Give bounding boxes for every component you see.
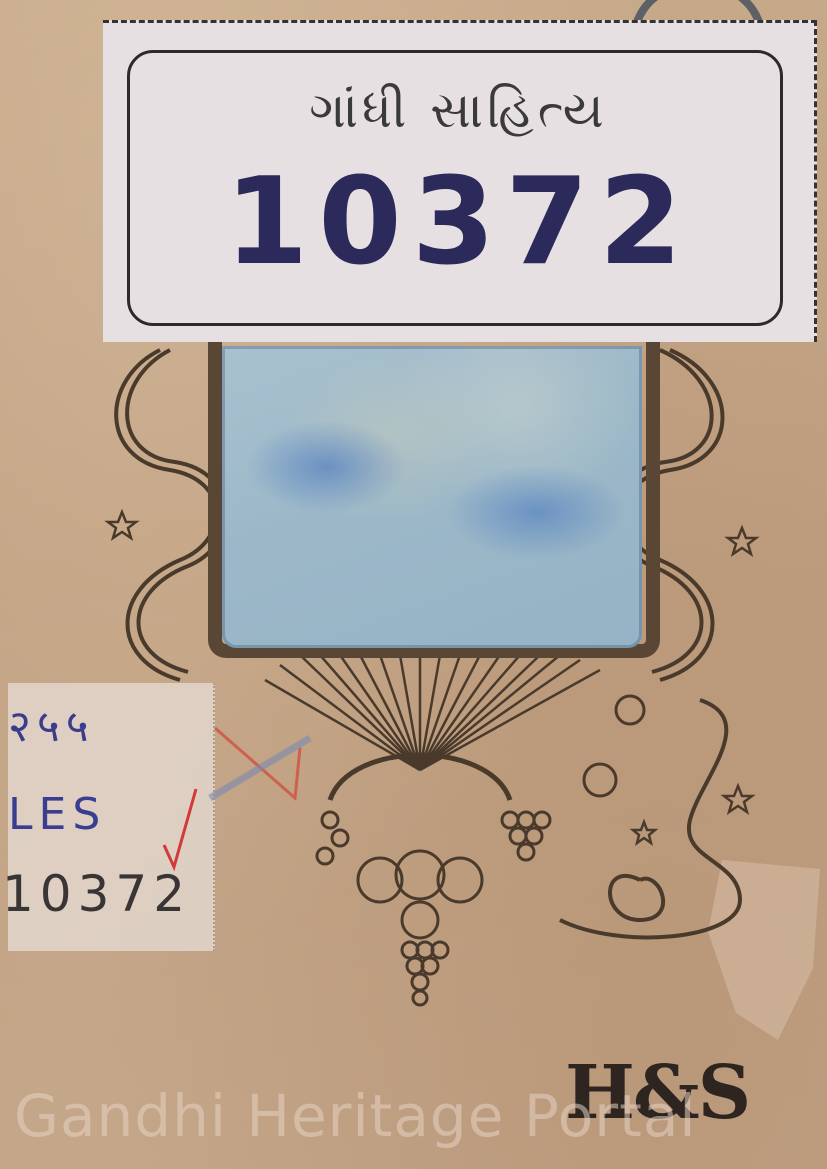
cross-mark-icon [205, 718, 315, 803]
check-icon [160, 785, 200, 875]
watermark: Gandhi Heritage Portal [14, 1082, 697, 1150]
sticker-line-3: 10372 [2, 869, 191, 919]
accession-number: 10372 [103, 163, 814, 283]
label-title: ગાંધી સાહિત્ય [103, 81, 814, 140]
catalog-label: ગાંધી સાહિત્ય 10372 [103, 20, 817, 342]
sticker-line-1: २५५ [8, 705, 95, 749]
marbled-paper-window [222, 346, 642, 648]
sticker-line-2: LES [8, 793, 106, 837]
